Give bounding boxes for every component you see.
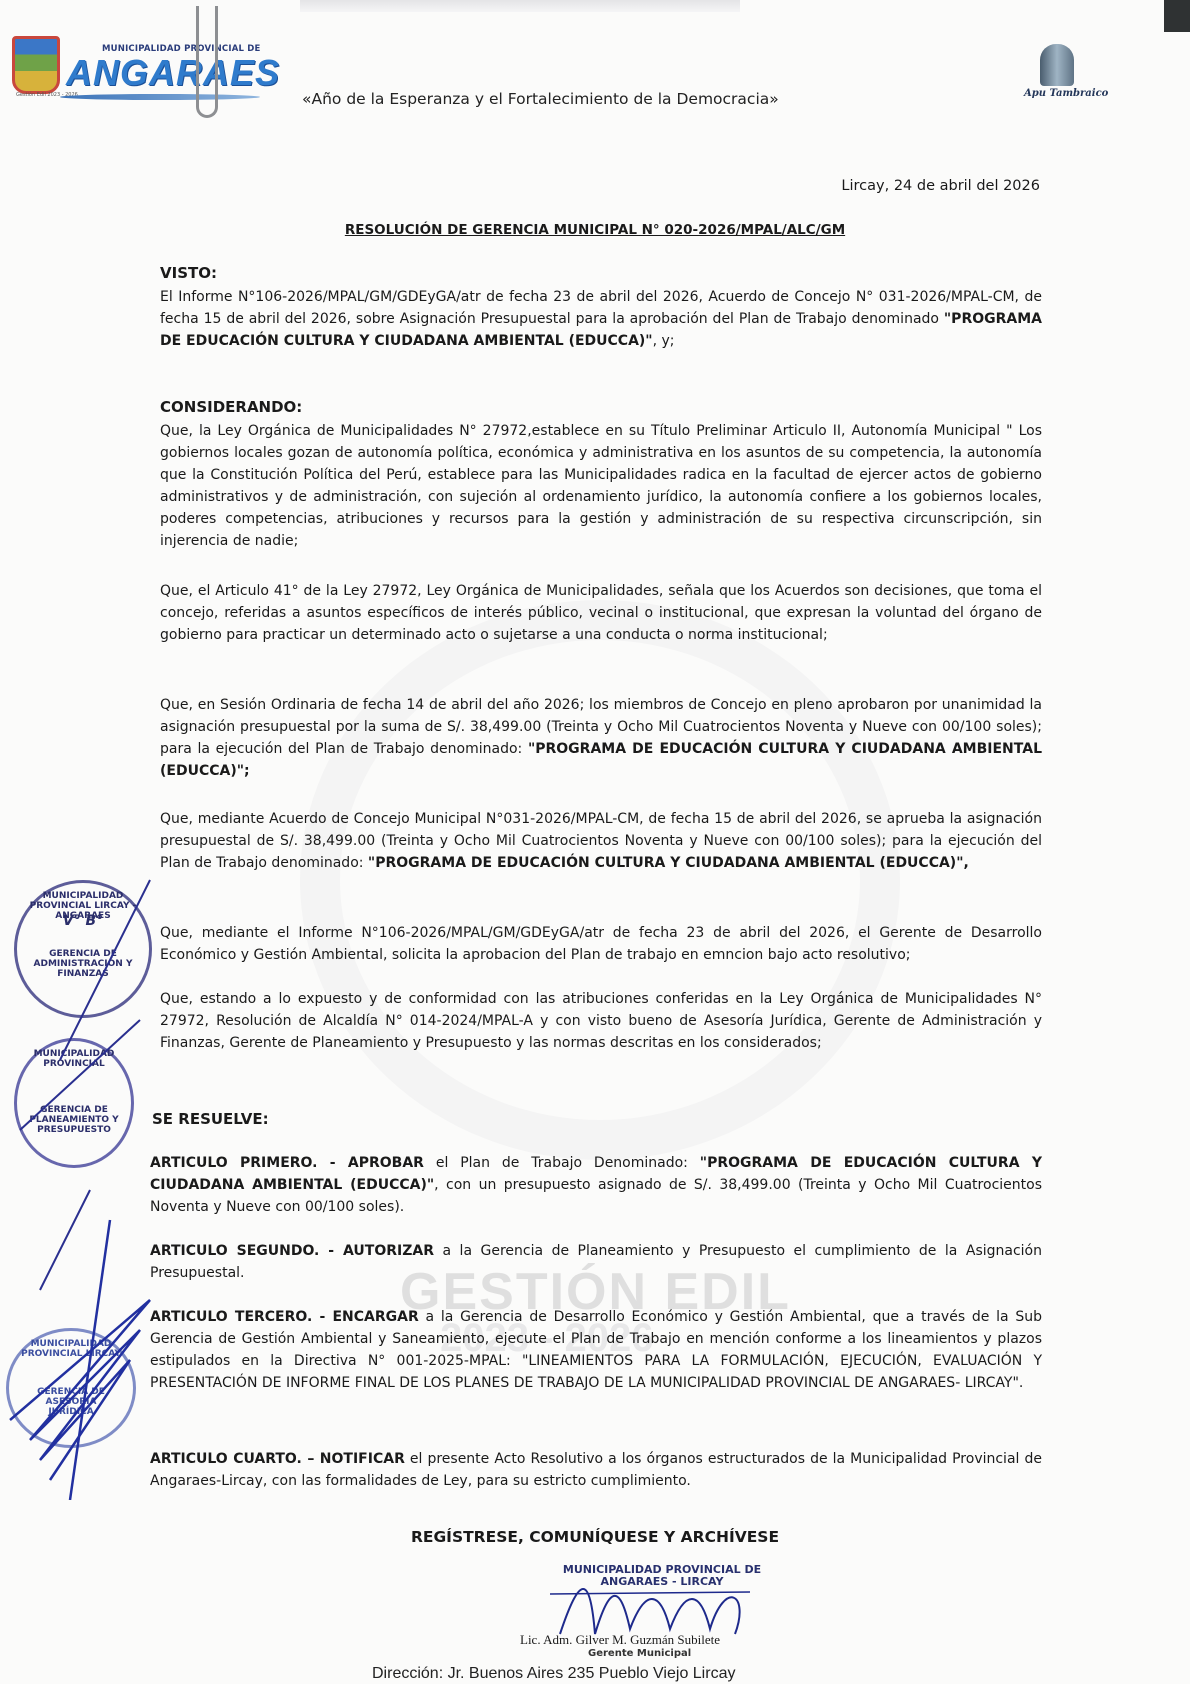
scan-corner-artifact [1164, 0, 1190, 32]
article-3: ARTICULO TERCERO. - ENCARGAR a la Gerenc… [150, 1306, 1042, 1394]
visto-paragraph: El Informe N°106-2026/MPAL/GM/GDEyGA/atr… [160, 286, 1042, 352]
municipality-logo: Gestión Edil 2023 - 2026 MUNICIPALIDAD P… [10, 34, 270, 106]
mountain-icon [1040, 44, 1074, 86]
closing-formula: REGÍSTRESE, COMUNÍQUESE Y ARCHÍVESE [0, 1528, 1190, 1546]
article-4: ARTICULO CUARTO. – NOTIFICAR el presente… [150, 1448, 1042, 1492]
paperclip-icon [196, 6, 218, 118]
visto-heading: VISTO: [160, 264, 217, 282]
year-motto: «Año de la Esperanza y el Fortalecimient… [302, 90, 779, 108]
logo-name: ANGARAES [66, 52, 280, 94]
considerando-paragraph-4: Que, mediante Acuerdo de Concejo Municip… [160, 808, 1042, 874]
considerando-heading: CONSIDERANDO: [160, 398, 302, 416]
place-date: Lircay, 24 de abril del 2026 [841, 178, 1040, 194]
considerando-paragraph-6: Que, estando a lo expuesto y de conformi… [160, 988, 1042, 1054]
watermark-emblem [300, 600, 900, 1160]
apu-tambraico-logo: Apu Tambraico [1024, 44, 1094, 110]
logo-swoosh [60, 94, 260, 100]
considerando-paragraph-2: Que, el Articulo 41° de la Ley 27972, Le… [160, 580, 1042, 646]
shield-icon [12, 36, 60, 94]
considerando-paragraph-5: Que, mediante el Informe N°106-2026/MPAL… [160, 922, 1042, 966]
signatory-name: Lic. Adm. Gilver M. Guzmán Subilete [520, 1632, 720, 1648]
initials-scribbles [0, 860, 200, 1500]
resolution-title: RESOLUCIÓN DE GERENCIA MUNICIPAL N° 020-… [0, 222, 1190, 238]
apu-logo-text: Apu Tambraico [1024, 88, 1108, 99]
signatory-role: Gerente Municipal [588, 1648, 691, 1659]
considerando-paragraph-3: Que, en Sesión Ordinaria de fecha 14 de … [160, 694, 1042, 782]
scan-edge-artifact [300, 0, 740, 12]
considerando-paragraph-1: Que, la Ley Orgánica de Municipalidades … [160, 420, 1042, 552]
article-2: ARTICULO SEGUNDO. - AUTORIZAR a la Geren… [150, 1240, 1042, 1284]
article-1: ARTICULO PRIMERO. - APROBAR el Plan de T… [150, 1152, 1042, 1218]
signature-block: MUNICIPALIDAD PROVINCIAL DE ANGARAES - L… [510, 1560, 790, 1660]
footer-address: Dirección: Jr. Buenos Aires 235 Pueblo V… [372, 1665, 735, 1683]
